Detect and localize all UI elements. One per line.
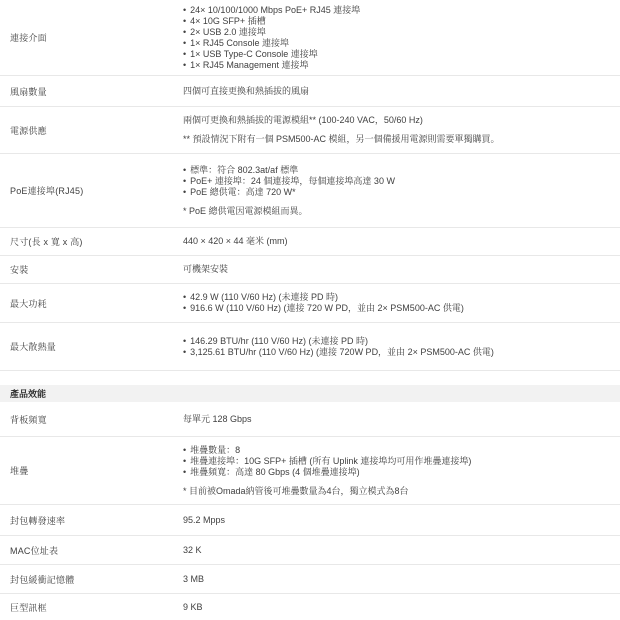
row-label: 尺寸(長 x 寬 x 高) bbox=[10, 235, 183, 248]
row-label: 封包轉發速率 bbox=[10, 514, 183, 527]
bullet-item: 24× 10/100/1000 Mbps PoE+ RJ45 連接埠 bbox=[183, 5, 608, 16]
stacking-footnote: * 目前被Omada納管後可堆疊數量為4台，獨立模式為8台 bbox=[183, 486, 608, 497]
row-value: 標準：符合 802.3at/af 標準 PoE+ 連接埠：24 個連接埠，每個連… bbox=[183, 165, 620, 217]
row-value: 440 × 420 × 44 毫米 (mm) bbox=[183, 236, 620, 247]
section-title: 產品效能 bbox=[10, 387, 46, 400]
bullet-item: 42.9 W (110 V/60 Hz) (未連接 PD 時) bbox=[183, 292, 608, 303]
row-value: 四個可直接更換和熱插拔的風扇 bbox=[183, 86, 620, 97]
poe-footnote: * PoE 總供電因電源模組而異。 bbox=[183, 206, 608, 217]
bullet-item: PoE 總供電：高達 720 W* bbox=[183, 187, 608, 198]
row-value: 可機架安裝 bbox=[183, 264, 620, 275]
row-label: 堆疊 bbox=[10, 464, 183, 477]
row-value: 3 MB bbox=[183, 574, 620, 585]
row-value: 95.2 Mpps bbox=[183, 515, 620, 526]
row-value: 堆疊數量：8 堆疊連接埠：10G SFP+ 插槽 (所有 Uplink 連接埠均… bbox=[183, 445, 620, 497]
bullet-item: 3,125.61 BTU/hr (110 V/60 Hz) (連接 720W P… bbox=[183, 347, 608, 358]
row-value: 146.29 BTU/hr (110 V/60 Hz) (未連接 PD 時) 3… bbox=[183, 336, 620, 358]
spec-row-packet-buffer: 封包緩衝記憶體 3 MB bbox=[0, 565, 620, 594]
row-value: 每單元 128 Gbps bbox=[183, 414, 620, 425]
bullet-item: 146.29 BTU/hr (110 V/60 Hz) (未連接 PD 時) bbox=[183, 336, 608, 347]
spec-row-dimensions: 尺寸(長 x 寬 x 高) 440 × 420 × 44 毫米 (mm) bbox=[0, 228, 620, 256]
spec-row-poe: PoE連接埠(RJ45) 標準：符合 802.3at/af 標準 PoE+ 連接… bbox=[0, 154, 620, 228]
power-value-line: 兩個可更換和熱插拔的電源模組** (100-240 VAC，50/60 Hz) bbox=[183, 115, 608, 126]
row-label: MAC位址表 bbox=[10, 544, 183, 557]
row-label: 連接介面 bbox=[10, 31, 183, 44]
bullet-item: PoE+ 連接埠：24 個連接埠，每個連接埠高達 30 W bbox=[183, 176, 608, 187]
row-label: 背板頻寬 bbox=[10, 413, 183, 426]
row-label: 電源供應 bbox=[10, 124, 183, 137]
row-label: 巨型訊框 bbox=[10, 601, 183, 614]
spec-row-max-heat: 最大散熱量 146.29 BTU/hr (110 V/60 Hz) (未連接 P… bbox=[0, 323, 620, 371]
spec-row-interfaces: 連接介面 24× 10/100/1000 Mbps PoE+ RJ45 連接埠 … bbox=[0, 0, 620, 76]
spec-row-mounting: 安裝 可機架安裝 bbox=[0, 256, 620, 284]
bullet-item: 堆疊頻寬：高達 80 Gbps (4 個堆疊連接埠) bbox=[183, 467, 608, 478]
row-label: PoE連接埠(RJ45) bbox=[10, 184, 183, 197]
power-footnote: ** 預設情況下附有一個 PSM500-AC 模組，另一個備援用電源則需要單獨購… bbox=[183, 134, 608, 145]
spec-row-stacking: 堆疊 堆疊數量：8 堆疊連接埠：10G SFP+ 插槽 (所有 Uplink 連… bbox=[0, 437, 620, 505]
row-value: 42.9 W (110 V/60 Hz) (未連接 PD 時) 916.6 W … bbox=[183, 292, 620, 314]
section-header-performance: 產品效能 bbox=[0, 385, 620, 402]
bullet-item: 堆疊數量：8 bbox=[183, 445, 608, 456]
row-value: 32 K bbox=[183, 545, 620, 556]
spec-row-forwarding-rate: 封包轉發速率 95.2 Mpps bbox=[0, 505, 620, 536]
row-value: 9 KB bbox=[183, 602, 620, 613]
bullet-item: 1× RJ45 Console 連接埠 bbox=[183, 38, 608, 49]
spec-row-max-power: 最大功耗 42.9 W (110 V/60 Hz) (未連接 PD 時) 916… bbox=[0, 284, 620, 323]
spec-row-jumbo-frame: 巨型訊框 9 KB bbox=[0, 594, 620, 620]
spec-row-fans: 風扇數量 四個可直接更換和熱插拔的風扇 bbox=[0, 76, 620, 107]
row-label: 風扇數量 bbox=[10, 85, 183, 98]
row-value: 24× 10/100/1000 Mbps PoE+ RJ45 連接埠 4× 10… bbox=[183, 5, 620, 71]
row-label: 最大功耗 bbox=[10, 297, 183, 310]
bullet-item: 堆疊連接埠：10G SFP+ 插槽 (所有 Uplink 連接埠均可用作堆疊連接… bbox=[183, 456, 608, 467]
bullet-item: 標準：符合 802.3at/af 標準 bbox=[183, 165, 608, 176]
bullet-item: 916.6 W (110 V/60 Hz) (連接 720 W PD，並由 2×… bbox=[183, 303, 608, 314]
row-label: 封包緩衝記憶體 bbox=[10, 573, 183, 586]
spec-table-page: 連接介面 24× 10/100/1000 Mbps PoE+ RJ45 連接埠 … bbox=[0, 0, 620, 620]
bullet-item: 1× RJ45 Management 連接埠 bbox=[183, 60, 608, 71]
section-gap bbox=[0, 371, 620, 385]
row-label: 安裝 bbox=[10, 263, 183, 276]
spec-row-power-supply: 電源供應 兩個可更換和熱插拔的電源模組** (100-240 VAC，50/60… bbox=[0, 107, 620, 154]
bullet-item: 4× 10G SFP+ 插槽 bbox=[183, 16, 608, 27]
row-label: 最大散熱量 bbox=[10, 340, 183, 353]
spec-row-backplane: 背板頻寬 每單元 128 Gbps bbox=[0, 402, 620, 437]
bullet-item: 1× USB Type-C Console 連接埠 bbox=[183, 49, 608, 60]
bullet-item: 2× USB 2.0 連接埠 bbox=[183, 27, 608, 38]
row-value: 兩個可更換和熱插拔的電源模組** (100-240 VAC，50/60 Hz) … bbox=[183, 115, 620, 145]
spec-row-mac-table: MAC位址表 32 K bbox=[0, 536, 620, 565]
